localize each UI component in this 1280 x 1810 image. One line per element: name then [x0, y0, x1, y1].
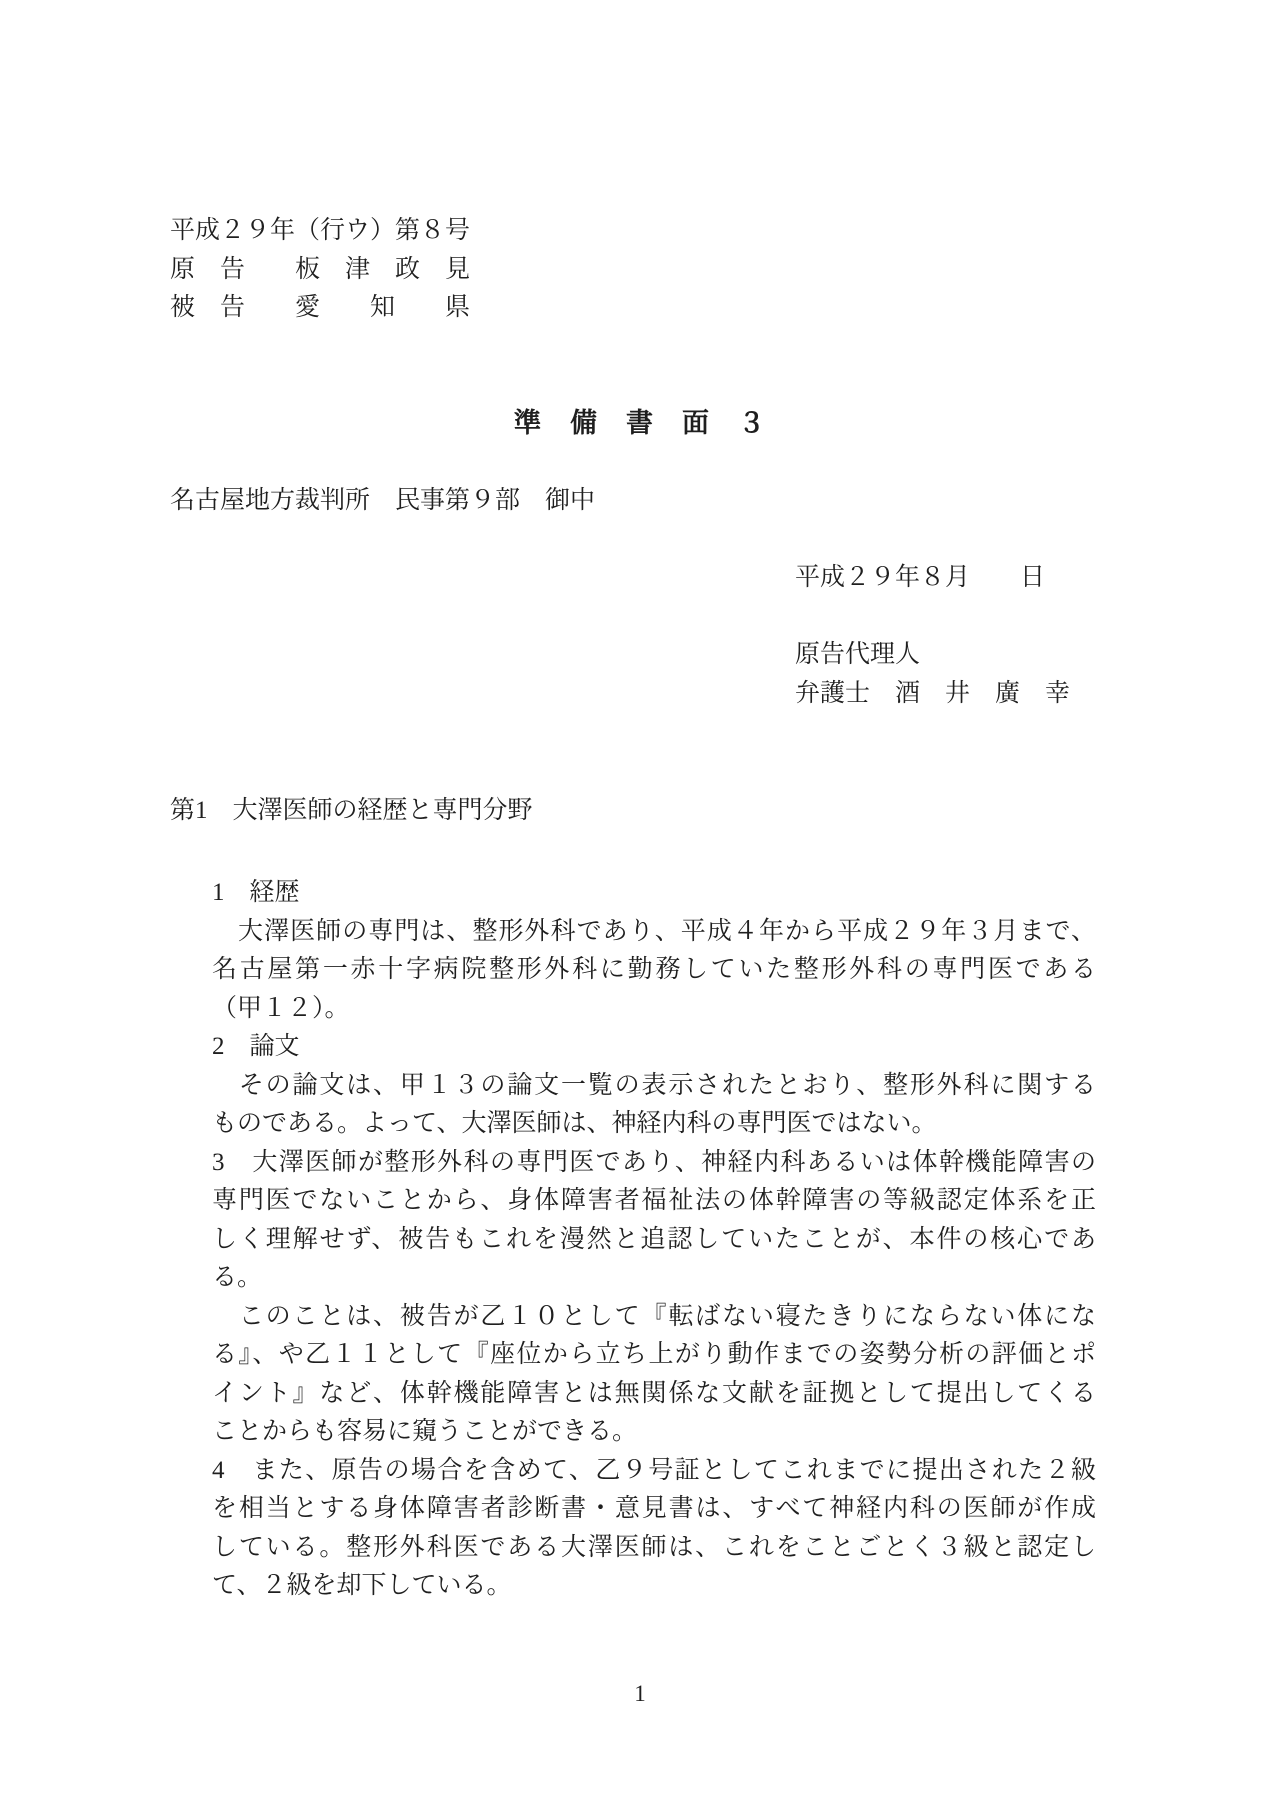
body-line: 2 論文 [212, 1028, 1096, 1067]
body-line: る。 [212, 1259, 1096, 1298]
document-title: 準 備 書 面 ３ [0, 404, 1280, 443]
defendant-line: 被 告 愛 知 県 [170, 289, 470, 328]
page-number: 1 [0, 1675, 1280, 1714]
attorney-role-line: 原告代理人 [795, 636, 1070, 675]
plaintiff-line: 原 告 板 津 政 見 [170, 251, 470, 290]
body-line: その論文は、甲１３の論文一覧の表示されたとおり、整形外科に関する [212, 1067, 1096, 1106]
body-line: している。整形外科医である大澤医師は、これをことごとく３級と認定し [212, 1529, 1096, 1568]
court-address-line: 名古屋地方裁判所 民事第９部 御中 [170, 482, 595, 521]
body-line: 専門医でないことから、身体障害者福祉法の体幹障害の等級認定体系を正 [212, 1182, 1096, 1221]
body-line: 4 また、原告の場合を含めて、乙９号証としてこれまでに提出された２級 [212, 1452, 1096, 1491]
body-line: ものである。よって、大澤医師は、神経内科の専門医ではない。 [212, 1105, 1096, 1144]
body-line: 1 経歴 [212, 874, 1096, 913]
document-page: 平成２９年（行ウ）第８号 原 告 板 津 政 見 被 告 愛 知 県 準 備 書… [0, 0, 1280, 1810]
body-line: て、２級を却下している。 [212, 1567, 1096, 1606]
body-line: このことは、被告が乙１０として『転ばない寝たきりにならない体にな [212, 1298, 1096, 1337]
date-line: 平成２９年８月 日 [795, 559, 1045, 598]
attorney-name-line: 弁護士 酒 井 廣 幸 [795, 675, 1070, 714]
body-line: ことからも容易に窺うことができる。 [212, 1413, 1096, 1452]
signature-block: 原告代理人 弁護士 酒 井 廣 幸 [795, 636, 1070, 713]
body-line: 3 大澤医師が整形外科の専門医であり、神経内科あるいは体幹機能障害の [212, 1144, 1096, 1183]
section-heading: 第1 大澤医師の経歴と専門分野 [170, 792, 533, 831]
case-number-line: 平成２９年（行ウ）第８号 [170, 212, 470, 251]
body-line: （甲１２）。 [212, 990, 1096, 1029]
body-line: る』、や乙１１として『座位から立ち上がり動作までの姿勢分析の評価とポ [212, 1336, 1096, 1375]
body-line: 大澤医師の専門は、整形外科であり、平成４年から平成２９年３月まで、 [212, 913, 1096, 952]
body-line: 名古屋第一赤十字病院整形外科に勤務していた整形外科の専門医である [212, 951, 1096, 990]
body-text: 1 経歴 大澤医師の専門は、整形外科であり、平成４年から平成２９年３月まで、 名… [212, 874, 1096, 1606]
body-line: を相当とする身体障害者診断書・意見書は、すべて神経内科の医師が作成 [212, 1490, 1096, 1529]
body-line: イント』など、体幹機能障害とは無関係な文献を証拠として提出してくる [212, 1375, 1096, 1414]
case-header: 平成２９年（行ウ）第８号 原 告 板 津 政 見 被 告 愛 知 県 [170, 212, 470, 328]
body-line: しく理解せず、被告もこれを漫然と追認していたことが、本件の核心であ [212, 1221, 1096, 1260]
